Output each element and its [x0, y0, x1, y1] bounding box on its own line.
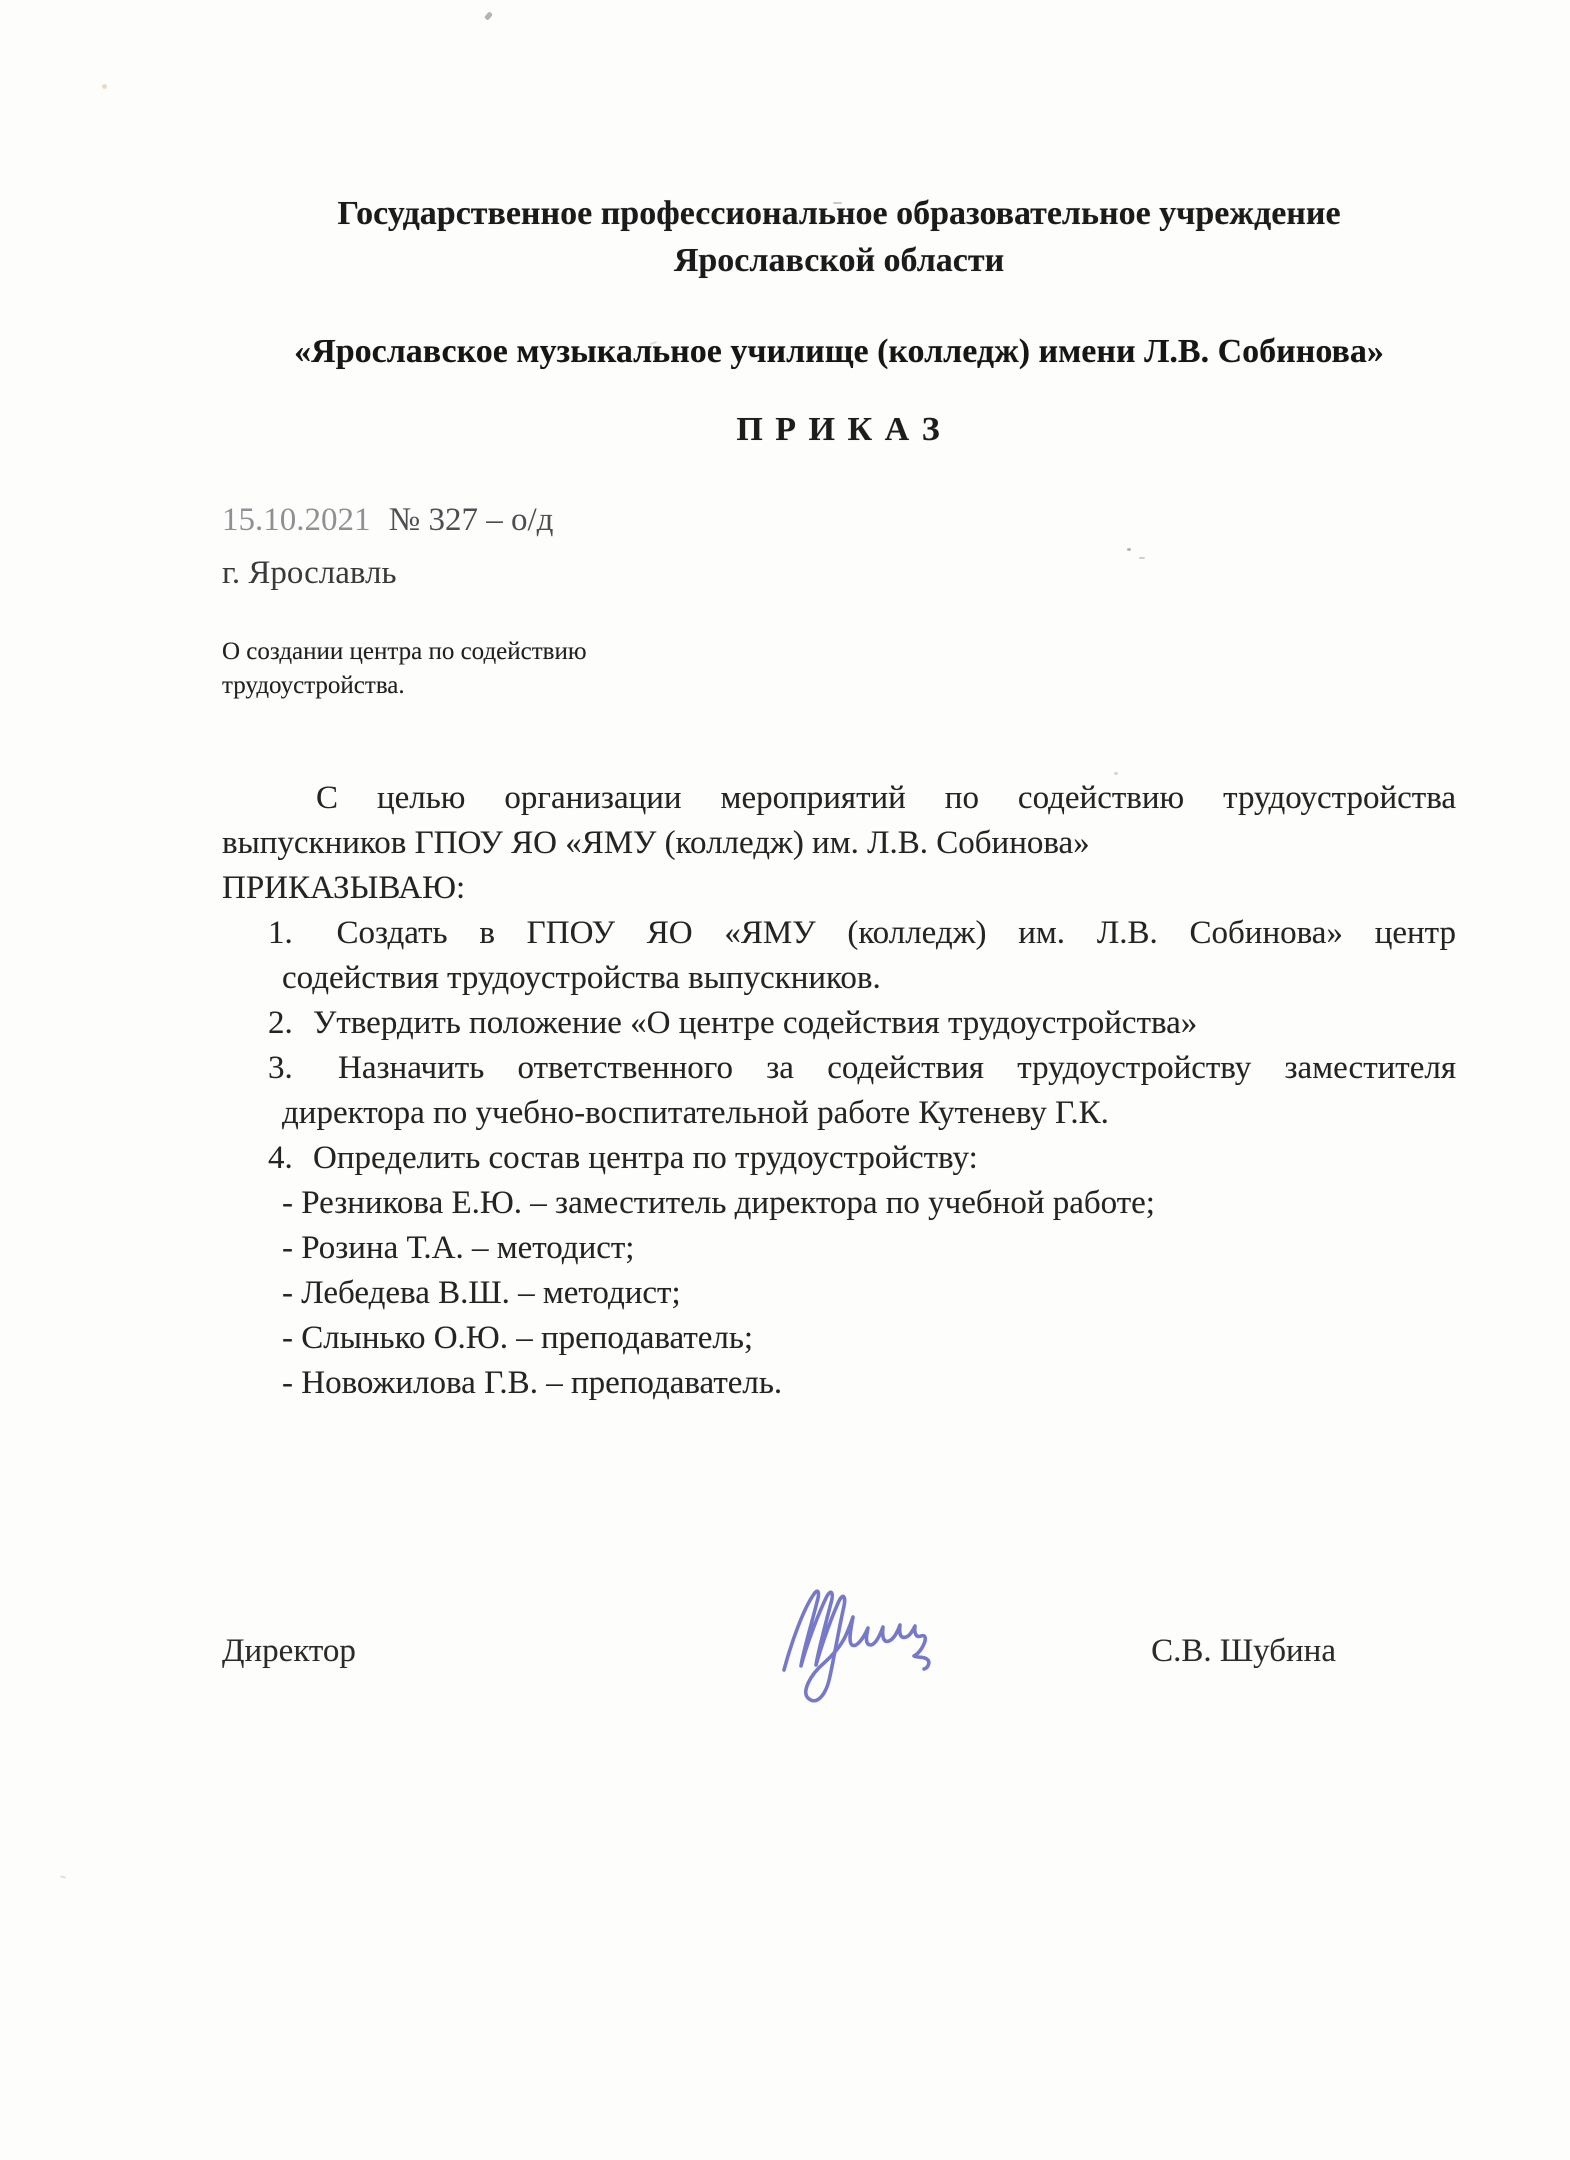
center-member: - Слынько О.Ю. – преподаватель;: [222, 1316, 1456, 1361]
order-body: С целью организации мероприятий по содей…: [222, 776, 1456, 1406]
order-item-2: 2. Утвердить положение «О центре содейст…: [222, 1001, 1456, 1046]
handwritten-signature: [772, 1568, 962, 1708]
doc-number: № 327 – о/д: [389, 502, 554, 538]
center-member: - Лебедева В.Ш. – методист;: [222, 1271, 1456, 1316]
item-number: 3.: [268, 1050, 293, 1086]
item-text: Назначить ответственного за содействия т…: [338, 1050, 1456, 1086]
intro-line1: С целью организации мероприятий по содей…: [222, 776, 1456, 821]
order-item-3-line-1: 3. Назначить ответственного за содействи…: [222, 1046, 1456, 1091]
subject-line1: О создании центра по содействию: [222, 635, 742, 669]
order-verb: ПРИКАЗЫВАЮ:: [222, 866, 1456, 911]
doc-date: 15.10.2021: [222, 502, 371, 538]
scan-speck: [1127, 548, 1131, 551]
date-number-line: 15.10.2021 № 327 – о/д: [222, 498, 553, 543]
item-number: 1.: [268, 915, 293, 951]
signer-name: С.В. Шубина: [1151, 1629, 1336, 1674]
scan-speck: [102, 84, 107, 89]
doc-subject: О создании центра по содействию трудоуст…: [222, 635, 742, 703]
org-name: «Ярославское музыкальное училище (коллед…: [222, 328, 1456, 375]
scan-speck: [60, 1875, 66, 1878]
center-member: - Новожилова Г.В. – преподаватель.: [222, 1361, 1456, 1406]
scan-speck: [1114, 772, 1118, 775]
subject-line2: трудоустройства.: [222, 669, 742, 703]
order-item-4: 4. Определить состав центра по трудоустр…: [222, 1136, 1456, 1181]
order-item-1-line-1: 1. Создать в ГПОУ ЯО «ЯМУ (колледж) им. …: [222, 911, 1456, 956]
order-item-3-line-2: директора по учебно-воспитательной работ…: [222, 1091, 1456, 1136]
item-text: Утвердить положение «О центре содействия…: [313, 1005, 1197, 1041]
item-number: 2.: [268, 1005, 293, 1041]
scan-speck: [484, 11, 493, 20]
org-line2: Ярославской области: [222, 237, 1456, 284]
doc-city: г. Ярославль: [222, 551, 397, 596]
org-header: Государственное профессиональное образов…: [222, 190, 1456, 284]
signer-role: Директор: [222, 1629, 356, 1674]
order-item-1-line-2: содействия трудоустройства выпускников.: [222, 956, 1456, 1001]
doc-title: П Р И К А З: [222, 411, 1456, 449]
center-member: - Розина Т.А. – методист;: [222, 1226, 1456, 1271]
item-number: 4.: [268, 1140, 293, 1176]
center-member: - Резникова Е.Ю. – заместитель директора…: [222, 1181, 1456, 1226]
org-line1: Государственное профессиональное образов…: [222, 190, 1456, 237]
item-text: Создать в ГПОУ ЯО «ЯМУ (колледж) им. Л.В…: [337, 915, 1456, 951]
item-text: Определить состав центра по трудоустройс…: [313, 1140, 978, 1176]
intro-line2: выпускников ГПОУ ЯО «ЯМУ (колледж) им. Л…: [222, 821, 1456, 866]
signature-ink: [784, 1591, 929, 1701]
scan-speck: [1139, 557, 1145, 559]
document-page: Государственное профессиональное образов…: [0, 0, 1570, 2160]
